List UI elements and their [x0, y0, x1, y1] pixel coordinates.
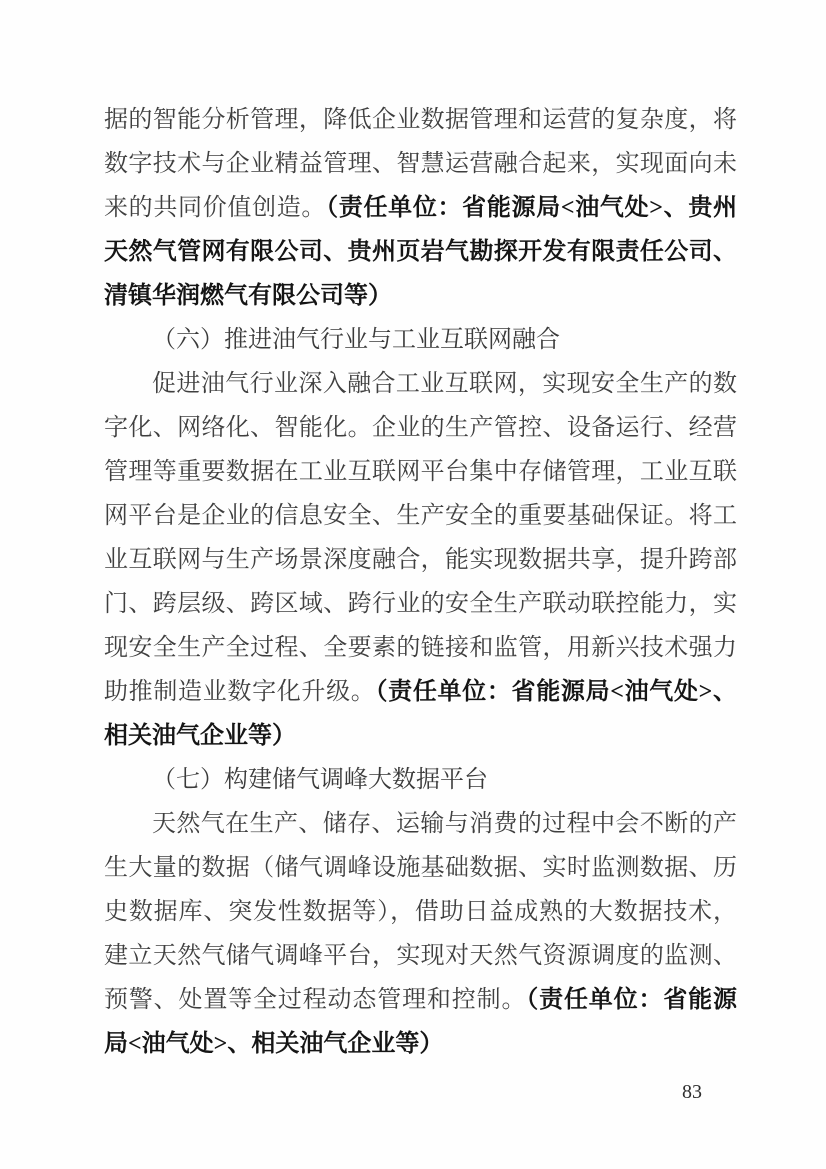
page-number: 83 — [682, 1078, 702, 1106]
document-body: 据的智能分析管理，降低企业数据管理和运营的复杂度，将数字技术与企业精益管理、智慧… — [104, 98, 737, 1066]
section-heading-6: （六）推进油气行业与工业互联网融合 — [104, 318, 737, 362]
section-heading-7: （七）构建储气调峰大数据平台 — [104, 758, 737, 802]
paragraph-section-7: 天然气在生产、储存、运输与消费的过程中会不断的产生大量的数据（储气调峰设施基础数… — [104, 802, 737, 1066]
paragraph-section-7-text: 天然气在生产、储存、运输与消费的过程中会不断的产生大量的数据（储气调峰设施基础数… — [104, 811, 737, 1013]
paragraph-section-6: 促进油气行业深入融合工业互联网，实现安全生产的数字化、网络化、智能化。企业的生产… — [104, 362, 737, 758]
paragraph-continuation: 据的智能分析管理，降低企业数据管理和运营的复杂度，将数字技术与企业精益管理、智慧… — [104, 98, 737, 318]
paragraph-section-6-text: 促进油气行业深入融合工业互联网，实现安全生产的数字化、网络化、智能化。企业的生产… — [104, 371, 737, 705]
document-page: 据的智能分析管理，降低企业数据管理和运营的复杂度，将数字技术与企业精益管理、智慧… — [0, 0, 826, 1169]
